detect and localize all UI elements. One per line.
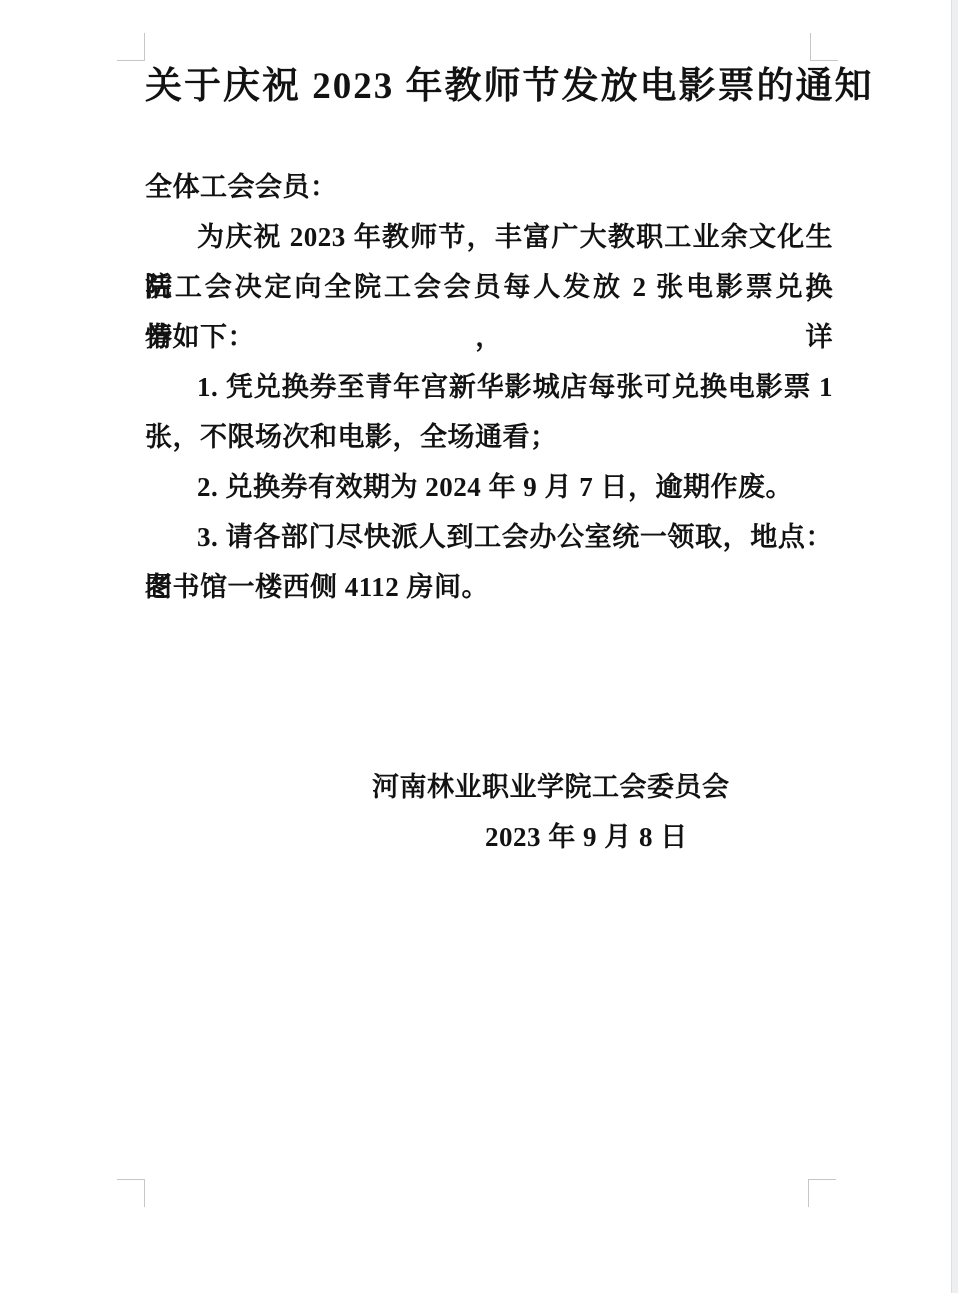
date-line: 2023 年 9 月 8 日 — [485, 812, 833, 862]
margin-crop-mark-top-left — [117, 33, 145, 61]
body-line: 2. 兑换券有效期为 2024 年 9 月 7 日，逾期作废。 — [145, 462, 833, 512]
signature-line: 河南林业职业学院工会委员会 — [372, 762, 833, 812]
document-page: 关于庆祝 2023 年教师节发放电影票的通知 全体工会会员： 为庆祝 2023 … — [0, 0, 958, 1293]
margin-crop-mark-bottom-right — [808, 1179, 836, 1207]
body-line: 张，不限场次和电影，全场通看； — [145, 412, 833, 462]
body-line: 1. 凭兑换券至青年宫新华影城店每张可兑换电影票 1 — [145, 362, 833, 412]
document-content: 关于庆祝 2023 年教师节发放电影票的通知 全体工会会员： 为庆祝 2023 … — [145, 0, 833, 862]
body-line: 院工会决定向全院工会会员每人发放 2 张电影票兑换券，详 — [145, 262, 833, 312]
body-line: 为庆祝 2023 年教师节，丰富广大教职工业余文化生活， — [145, 212, 833, 262]
margin-crop-mark-bottom-left — [117, 1179, 145, 1207]
document-body: 全体工会会员： 为庆祝 2023 年教师节，丰富广大教职工业余文化生活， 院工会… — [145, 162, 833, 612]
body-line: 图书馆一楼西侧 4112 房间。 — [145, 562, 833, 612]
scrollbar-track[interactable] — [951, 0, 958, 1293]
signature-block: 河南林业职业学院工会委员会 2023 年 9 月 8 日 — [145, 762, 833, 862]
document-title: 关于庆祝 2023 年教师节发放电影票的通知 — [145, 59, 833, 114]
body-line: 3. 请各部门尽快派人到工会办公室统一领取，地点：老 — [145, 512, 833, 562]
salutation-line: 全体工会会员： — [145, 162, 833, 212]
